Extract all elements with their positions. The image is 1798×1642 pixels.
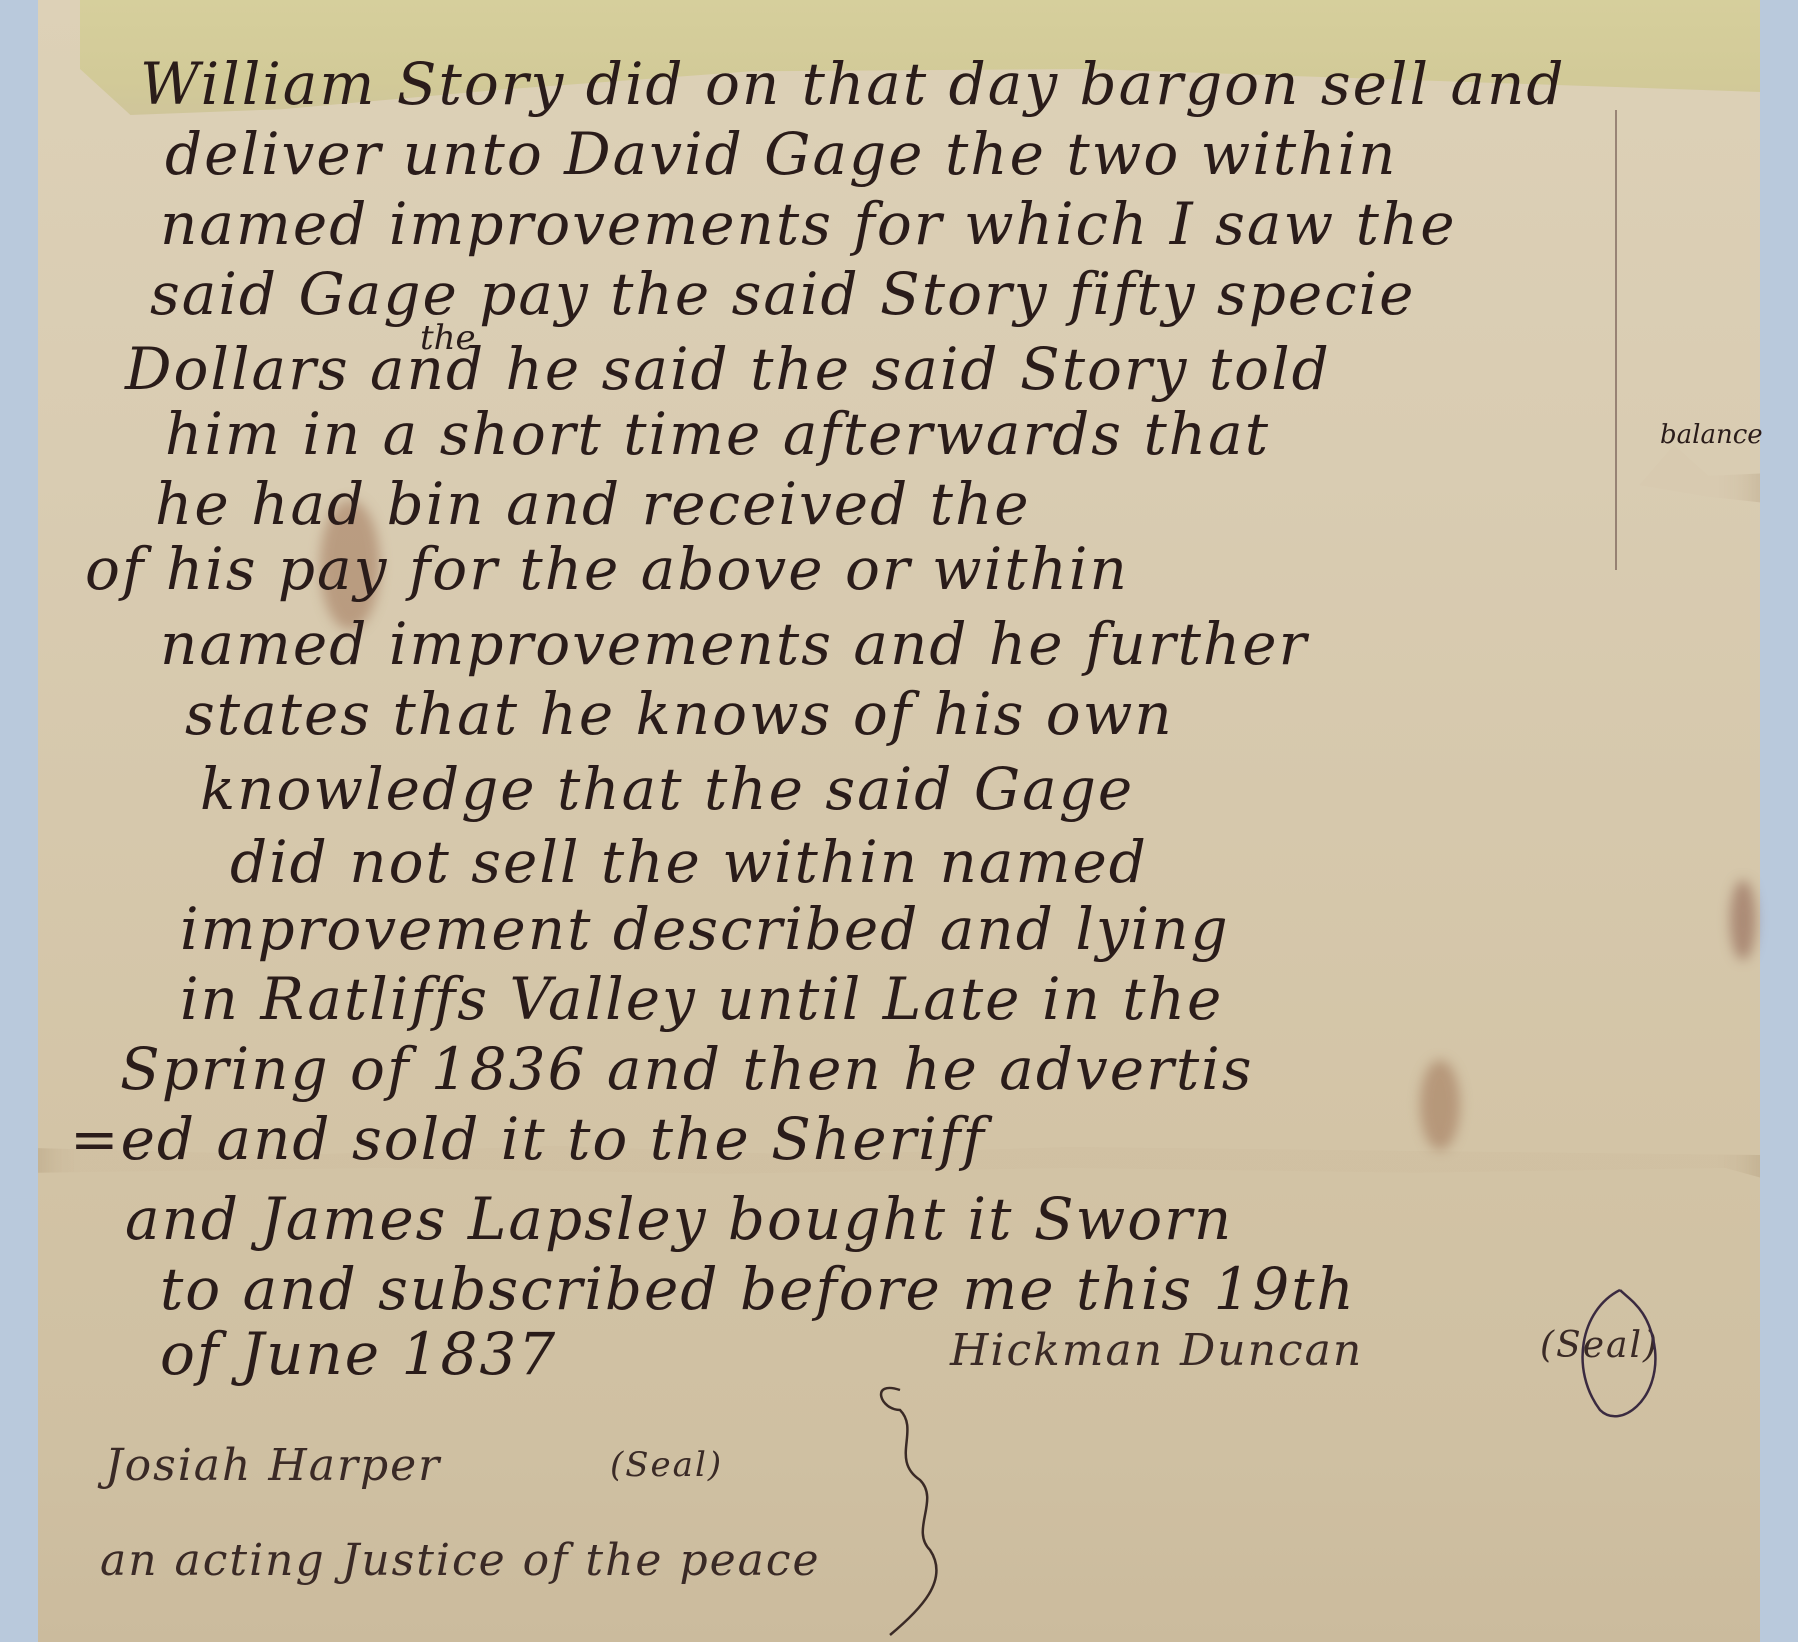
body-line: named improvements and he further (160, 610, 1308, 678)
signature-flourish (860, 1380, 1020, 1642)
body-line: and James Lapsley bought it Sworn (125, 1185, 1233, 1253)
justice-seal: (Seal) (610, 1445, 723, 1485)
body-line: improvement described and lying (180, 895, 1230, 963)
body-line: he had bin and received the (155, 470, 1031, 538)
justice-signature: Josiah Harper (105, 1440, 441, 1491)
body-line: of his pay for the above or within (85, 535, 1129, 603)
body-line: Spring of 1836 and then he advertis (120, 1035, 1253, 1103)
body-line: Dollars and he said the said Story told (125, 335, 1331, 403)
body-line: knowledge that the said Gage (200, 755, 1134, 823)
justice-title: an acting Justice of the peace (100, 1535, 821, 1586)
ink-stain (1730, 880, 1756, 960)
body-line: said Gage pay the said Story fifty speci… (150, 260, 1416, 328)
ink-stain (1420, 1060, 1460, 1150)
affiant-signature: Hickman Duncan (950, 1325, 1363, 1376)
body-line: him in a short time afterwards that (165, 400, 1270, 468)
body-line: named improvements for which I saw the (160, 190, 1457, 258)
body-line: =ed and sold it to the Sheriff (70, 1105, 986, 1173)
seal-flourish (1560, 1280, 1680, 1430)
body-line: in Ratliffs Valley until Late in the (180, 965, 1223, 1033)
margin-rule (1615, 110, 1617, 570)
body-line: to and subscribed before me this 19th (160, 1255, 1356, 1323)
body-line: deliver unto David Gage the two within (165, 120, 1397, 188)
insertion-balance: balance (1660, 420, 1763, 450)
body-line: states that he knows of his own (185, 680, 1174, 748)
body-line: did not sell the within named (230, 828, 1148, 896)
body-line: William Story did on that day bargon sel… (140, 50, 1566, 118)
body-line: of June 1837 (160, 1320, 557, 1388)
